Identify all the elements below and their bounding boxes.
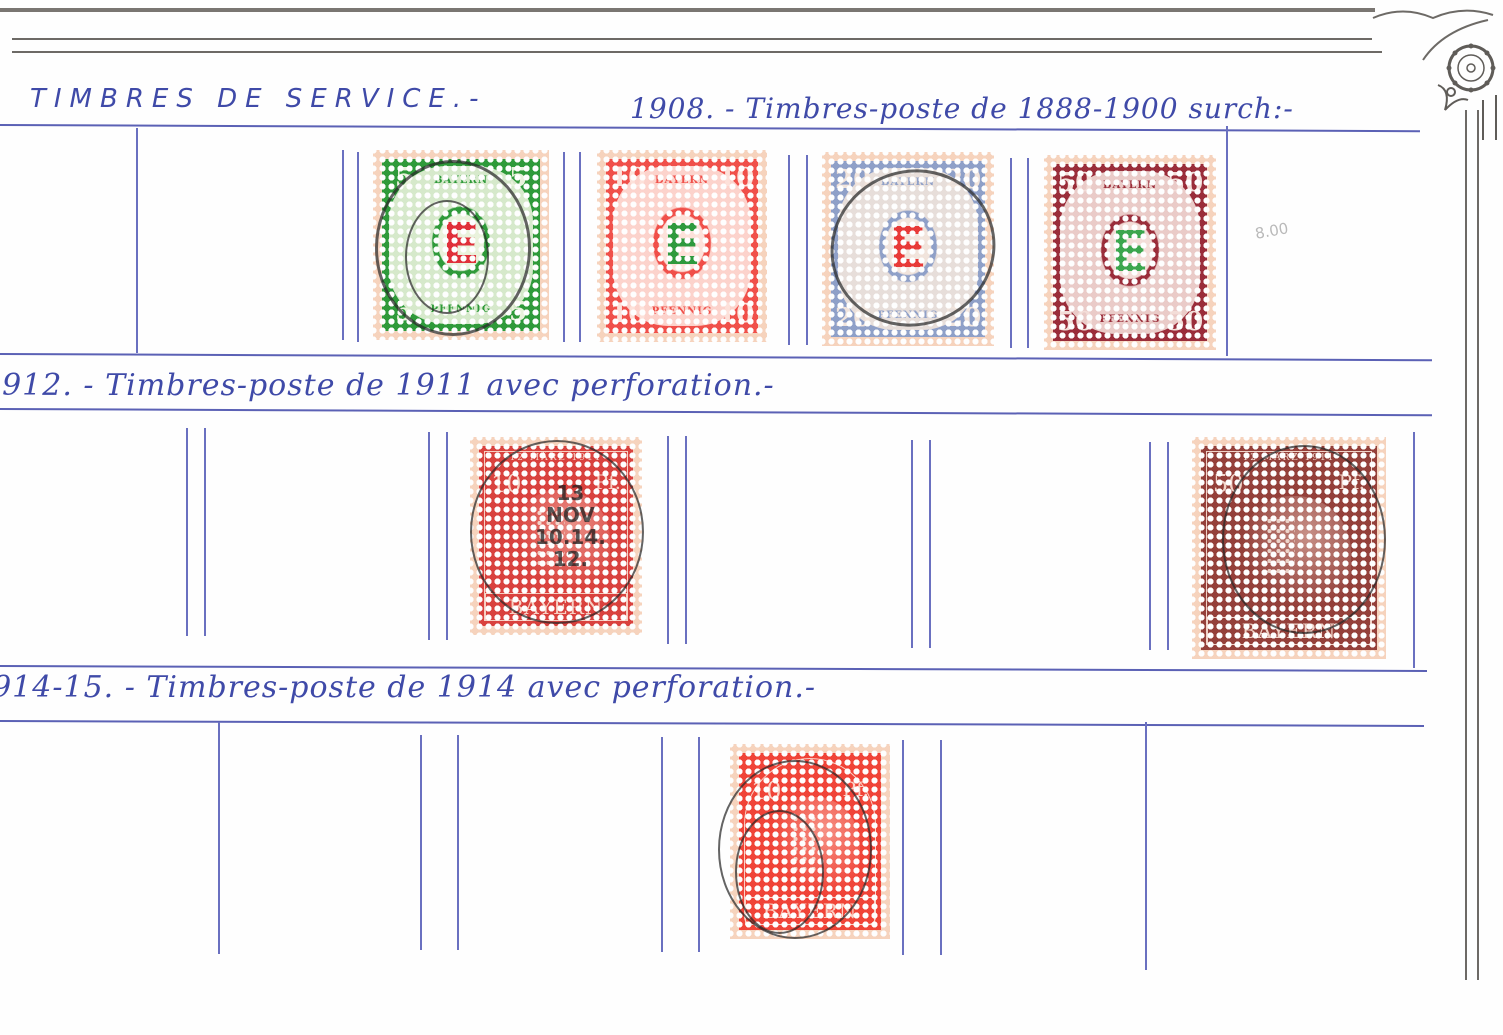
vrule bbox=[1226, 126, 1228, 356]
frame-top-thin-1 bbox=[12, 38, 1372, 40]
perfin-holes bbox=[1265, 516, 1295, 576]
vrule bbox=[218, 722, 220, 954]
vrule bbox=[457, 735, 459, 950]
perfin-holes bbox=[535, 508, 565, 568]
row1-heading: 1908. - Timbres-poste de 1888-1900 surch… bbox=[630, 92, 1294, 125]
vrule bbox=[940, 740, 942, 955]
vrule bbox=[1167, 442, 1169, 650]
vrule bbox=[136, 128, 138, 353]
vrule bbox=[661, 737, 663, 952]
page-title: TIMBRES DE SERVICE.- bbox=[30, 84, 486, 114]
vrule bbox=[357, 152, 359, 342]
rule-row1-bottom bbox=[0, 353, 1432, 361]
row2-heading: 1912. - Timbres-poste de 1911 avec perfo… bbox=[0, 368, 775, 403]
stamp-album-page: TIMBRES DE SERVICE.- 1908. - Timbres-pos… bbox=[0, 0, 1503, 1035]
frame-top-thick bbox=[0, 8, 1375, 12]
vrule bbox=[667, 436, 669, 644]
rule-row3-top bbox=[0, 720, 1424, 727]
vrule bbox=[428, 432, 430, 640]
vrule bbox=[342, 150, 344, 340]
perfin-holes bbox=[791, 814, 821, 874]
rule-row2-top bbox=[0, 408, 1432, 416]
vrule bbox=[806, 155, 808, 345]
vrule bbox=[420, 735, 422, 950]
stamp-20pf-blue-e: 20 20 20 20 BAYERN PFENNIG E bbox=[822, 152, 994, 346]
vrule bbox=[446, 432, 448, 640]
vrule bbox=[1027, 158, 1029, 348]
stamp-10pf-luitpold-1911: 12 MÄRZ 1911 10 Pf. BAYERN bbox=[470, 437, 642, 635]
overprint-e: E bbox=[889, 221, 927, 277]
overprint-e: E bbox=[442, 217, 480, 273]
vrule bbox=[698, 737, 700, 952]
overprint-e: E bbox=[663, 218, 701, 274]
row3-heading: 1914-15. - Timbres-poste de 1914 avec pe… bbox=[0, 670, 816, 705]
stamp-5pf-green-e: 5 5 5 5 BAYERN PFENNIG E bbox=[373, 150, 549, 340]
pencil-price-note: 8.00 bbox=[1254, 219, 1290, 243]
vrule bbox=[902, 740, 904, 955]
vrule bbox=[204, 428, 206, 636]
corner-ornament-icon bbox=[1363, 0, 1503, 140]
vrule bbox=[1413, 432, 1415, 668]
stamp-10pf-ludwig-1914: 10 Pf. BAYERN bbox=[730, 744, 890, 939]
vrule bbox=[788, 155, 790, 345]
frame-right-1 bbox=[1465, 110, 1467, 980]
frame-top-thin-2 bbox=[12, 51, 1382, 53]
vrule bbox=[929, 440, 931, 648]
vrule bbox=[911, 440, 913, 648]
vrule bbox=[1145, 722, 1147, 970]
vrule bbox=[186, 428, 188, 636]
rule-row1-top bbox=[0, 124, 1420, 132]
vrule bbox=[579, 152, 581, 342]
stamp-50pf-luitpold-1911: 12 MÄRZ 1911 50 Pf. BAYERN bbox=[1192, 437, 1386, 659]
vrule bbox=[1149, 442, 1151, 650]
frame-right-2 bbox=[1477, 110, 1479, 980]
stamp-10pf-red-e: 10 10 10 10 BAYERN PFENNIG E bbox=[597, 150, 767, 342]
vrule bbox=[563, 152, 565, 342]
vrule bbox=[685, 436, 687, 644]
overprint-e: E bbox=[1111, 225, 1149, 281]
stamp-50pf-maroon-e: 50 50 50 50 BAYERN PFENNIG E bbox=[1044, 155, 1216, 350]
vrule bbox=[1010, 158, 1012, 348]
